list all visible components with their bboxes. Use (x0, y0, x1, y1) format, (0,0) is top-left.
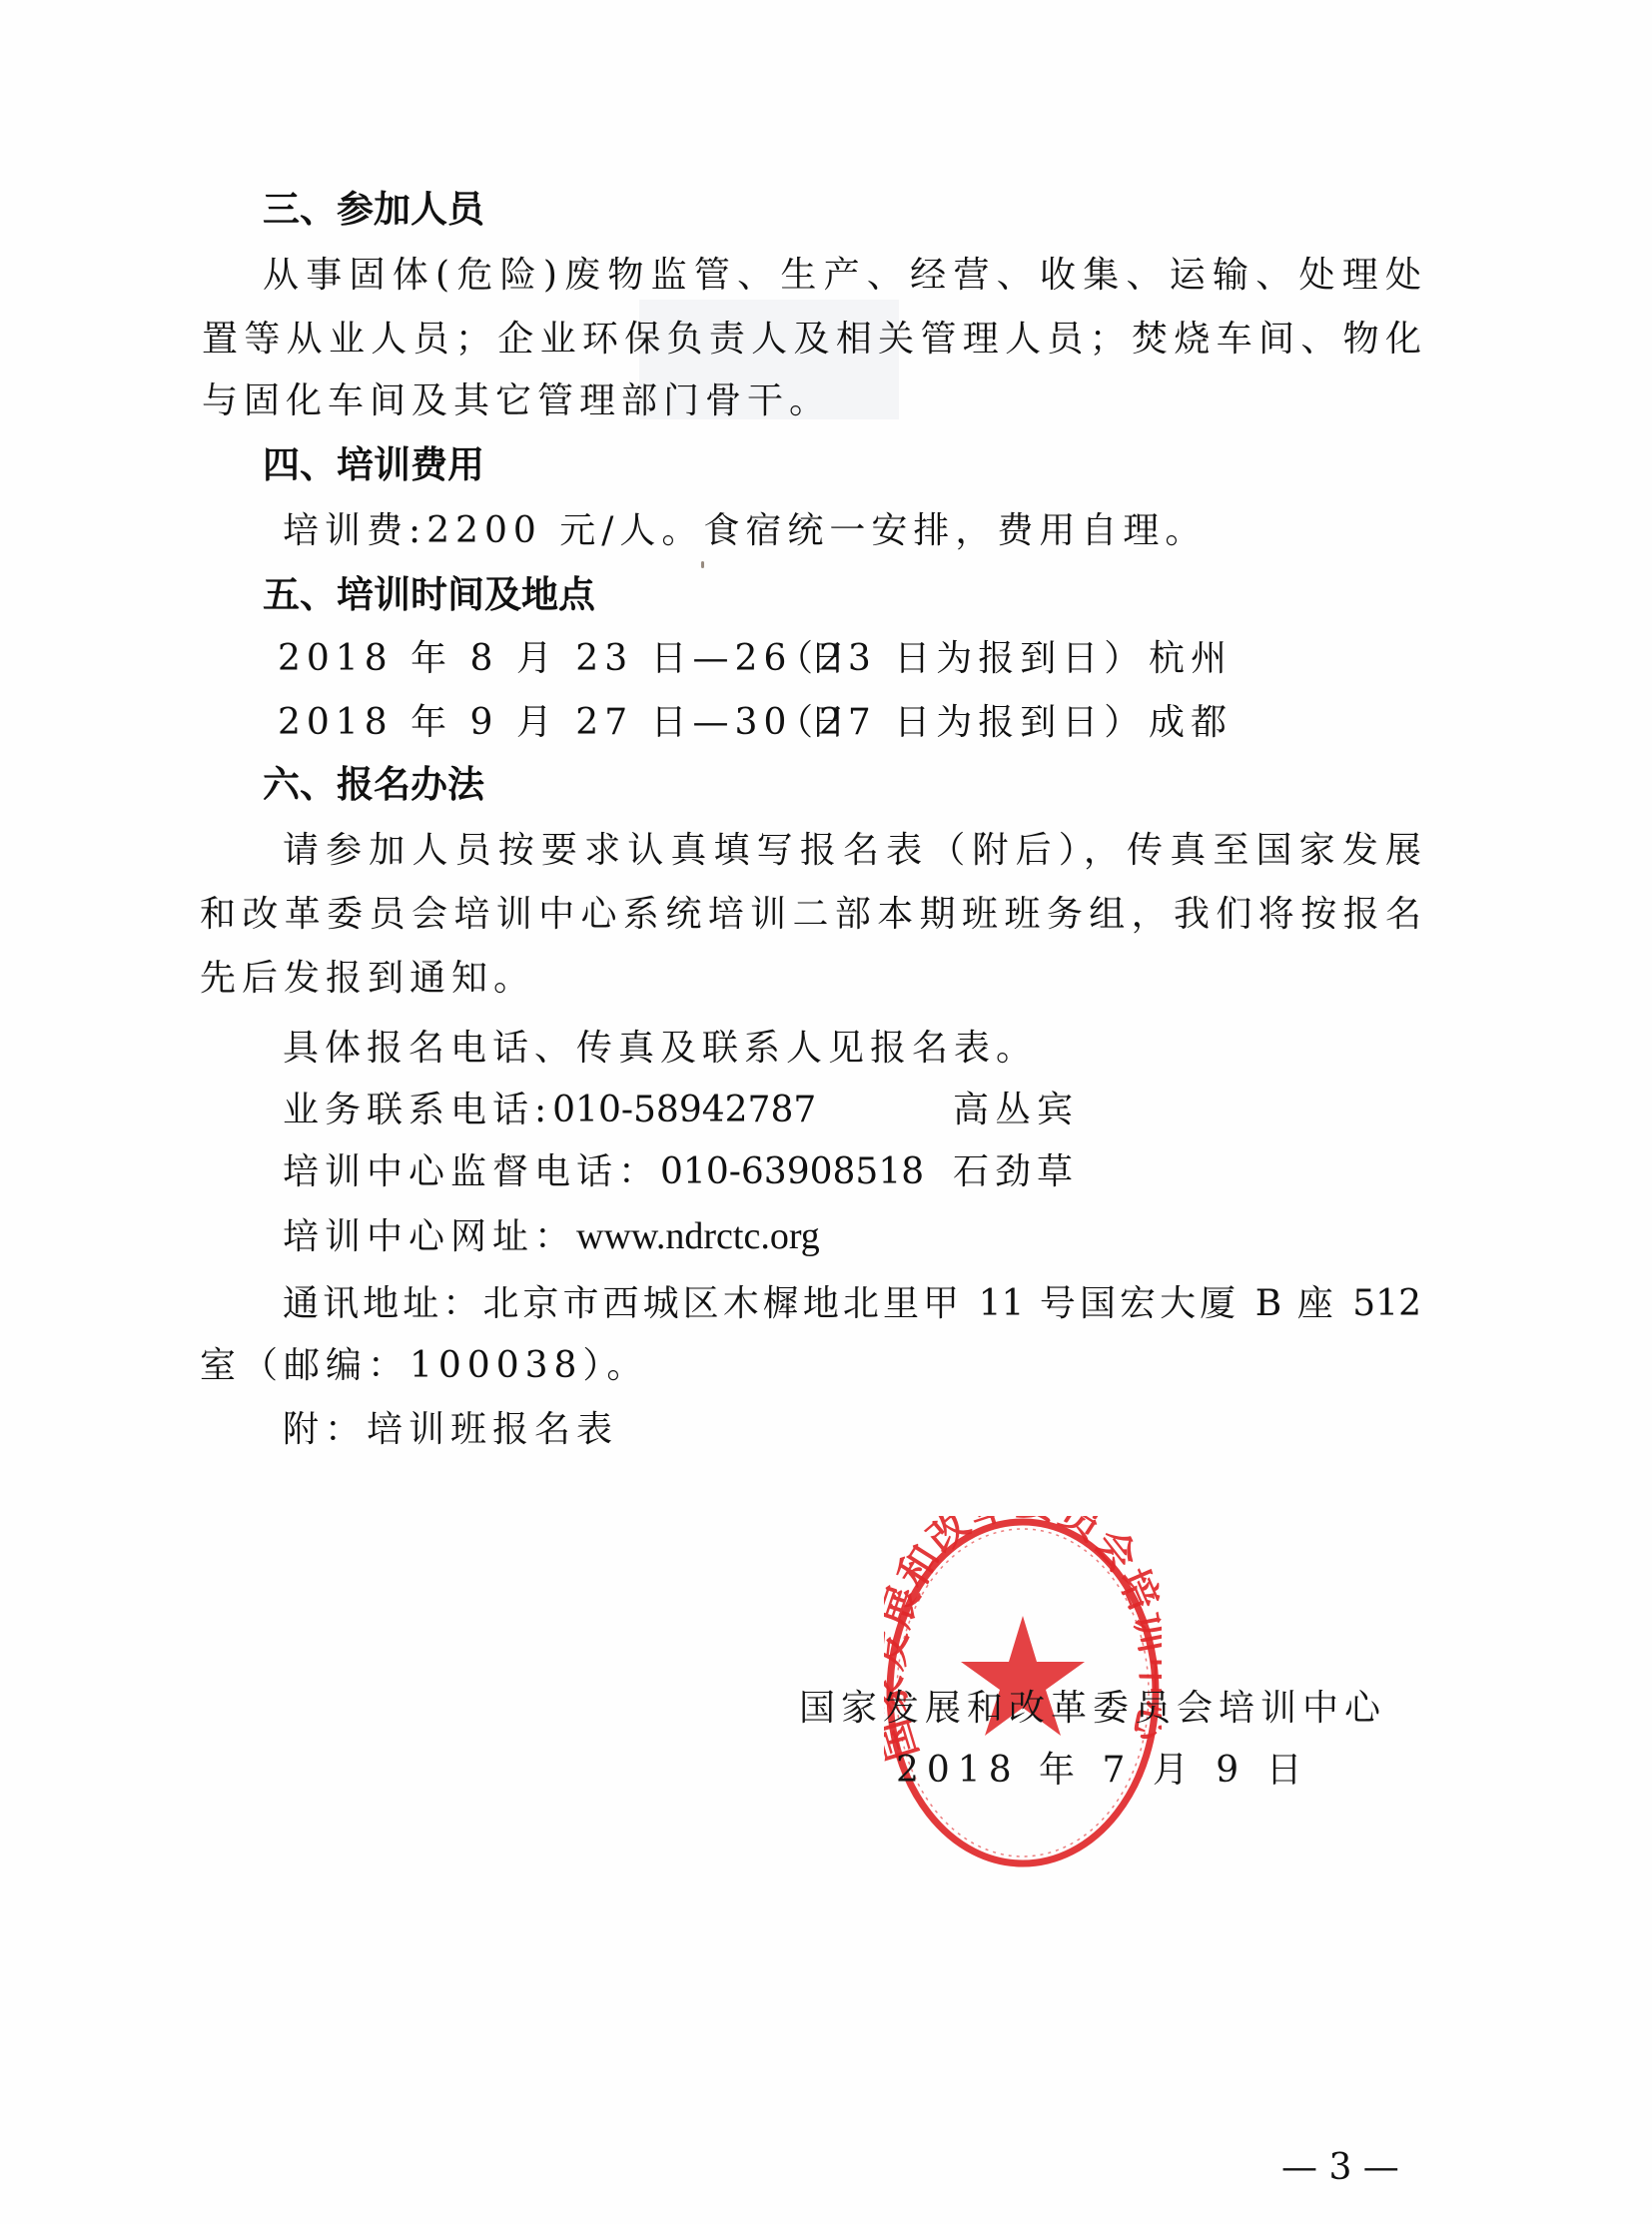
website-link[interactable]: www.ndrctc.org (576, 1215, 820, 1257)
contact-row: 培训中心监督电话：010-63908518 石劲草 (283, 1150, 1082, 1194)
contact-phone: 010-63908518 (660, 1151, 924, 1192)
paragraph-text: 请参加人员按要求认真填写报名表（附后），传真至国家发展 (283, 829, 1421, 873)
section-heading-time-place: 五、培训时间及地点 (263, 573, 595, 617)
paragraph-text: 置等从业人员；企业环保负责人及相关管理人员；焚烧车间、物化 (202, 318, 1421, 362)
website-row: 培训中心网址：www.ndrctc.org (283, 1214, 820, 1259)
signature-date: 2018 年 7 月 9 日 (896, 1742, 1310, 1793)
paragraph-line: 先后发报到通知。 (200, 957, 535, 1001)
document-page: 三、参加人员 从事固体(危险)废物监管、生产、经营、收集、运输、处理处 置等从业… (0, 0, 1652, 2224)
session-city: 成都 (1149, 701, 1233, 745)
paragraph-line: 与固化车间及其它管理部门骨干。 (202, 379, 831, 423)
section-heading-fees: 四、培训费用 (263, 443, 484, 487)
paragraph-line: 具体报名电话、传真及联系人见报名表。 (283, 1027, 1038, 1071)
contact-phone: 010-58942787 (552, 1090, 816, 1130)
session-row: 2018 年 9 月 27 日—30 日 （27 日为报到日） 成都 (278, 701, 1237, 745)
session-dates: 2018 年 8 月 23 日—26 日 (278, 638, 852, 679)
session-city: 杭州 (1149, 637, 1233, 681)
session-row: 2018 年 8 月 23 日—26 日 （23 日为报到日） 杭州 (278, 637, 1237, 681)
page-number: — 3 — (1281, 2147, 1399, 2188)
signature-organization: 国家发展和改革委员会培训中心 (799, 1680, 1386, 1731)
paragraph-line: 请参加人员按要求认真填写报名表（附后），传真至国家发展 (283, 829, 1421, 873)
paragraph-line: 和改革委员会培训中心系统培训二部本期班班务组，我们将按报名 (200, 893, 1421, 937)
section-heading-participants: 三、参加人员 (263, 188, 484, 232)
address-line: 通讯地址：北京市西城区木樨地北里甲 11 号国宏大厦 B 座 512 (283, 1282, 1421, 1326)
website-label: 培训中心网址： (283, 1216, 576, 1257)
contact-label: 业务联系电话: (283, 1090, 552, 1130)
scan-speck (701, 561, 704, 568)
contact-name: 石劲草 (953, 1150, 1079, 1194)
paragraph-line: 置等从业人员；企业环保负责人及相关管理人员；焚烧车间、物化 (202, 318, 1421, 362)
address-line: 室（邮编：100038）。 (200, 1344, 648, 1388)
session-note: （27 日为报到日） (777, 701, 1146, 745)
session-dates: 2018 年 9 月 27 日—30 日 (278, 702, 852, 743)
paragraph-line: 从事固体(危险)废物监管、生产、经营、收集、运输、处理处 (263, 254, 1421, 298)
contact-label: 培训中心监督电话： (283, 1151, 660, 1192)
contact-row: 业务联系电话:010-58942787 高丛宾 (283, 1089, 1082, 1132)
session-note: （23 日为报到日） (777, 637, 1146, 681)
address-text: 通讯地址：北京市西城区木樨地北里甲 11 号国宏大厦 B 座 512 (283, 1282, 1421, 1326)
contact-name: 高丛宾 (953, 1089, 1079, 1132)
paragraph-text: 和改革委员会培训中心系统培训二部本期班班务组，我们将按报名 (200, 893, 1421, 937)
fee-line: 培训费:2200 元/人。食宿统一安排，费用自理。 (283, 509, 1207, 553)
attachment-line: 附：培训班报名表 (283, 1408, 618, 1452)
paragraph-text: 从事固体(危险)废物监管、生产、经营、收集、运输、处理处 (263, 254, 1421, 298)
section-heading-registration: 六、报名办法 (263, 763, 484, 807)
